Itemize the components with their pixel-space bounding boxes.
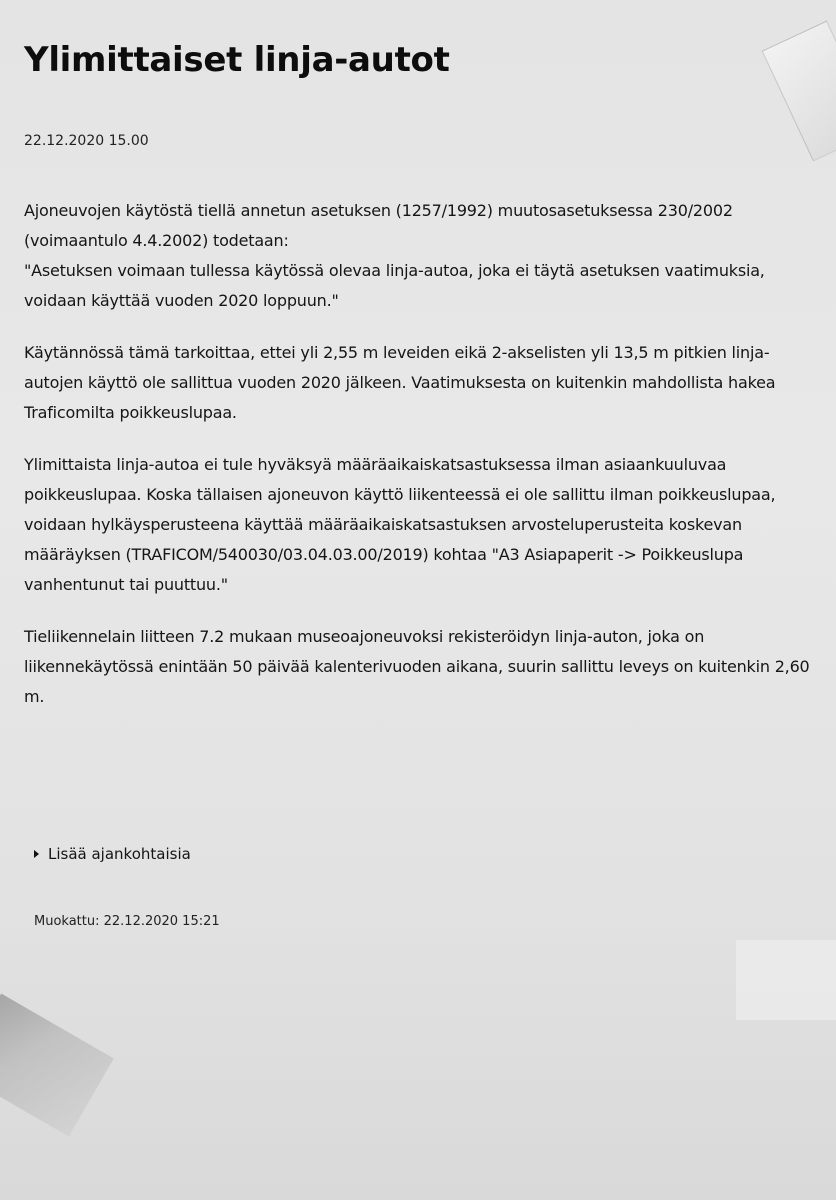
more-news-label: Lisää ajankohtaisia	[48, 845, 191, 863]
paragraph-4: Tieliikennelain liitteen 7.2 mukaan muse…	[24, 622, 814, 712]
paragraph-2: Käytännössä tämä tarkoittaa, ettei yli 2…	[24, 338, 814, 428]
triangle-right-icon	[34, 850, 39, 858]
modified-timestamp: Muokattu: 22.12.2020 15:21	[34, 914, 220, 929]
paragraph-text: Ajoneuvojen käytöstä tiellä annetun aset…	[24, 201, 765, 310]
more-news-link[interactable]: Lisää ajankohtaisia	[34, 845, 191, 863]
paragraph-1: Ajoneuvojen käytöstä tiellä annetun aset…	[24, 196, 814, 316]
page-title: Ylimittaiset linja-autot	[24, 40, 450, 80]
tape-decoration	[736, 940, 836, 1020]
article-body: Ajoneuvojen käytöstä tiellä annetun aset…	[24, 196, 814, 734]
tape-decoration	[762, 21, 836, 162]
paragraph-3: Ylimittaista linja-autoa ei tule hyväksy…	[24, 450, 814, 600]
publish-date: 22.12.2020 15.00	[24, 133, 149, 149]
tape-decoration	[0, 994, 114, 1137]
